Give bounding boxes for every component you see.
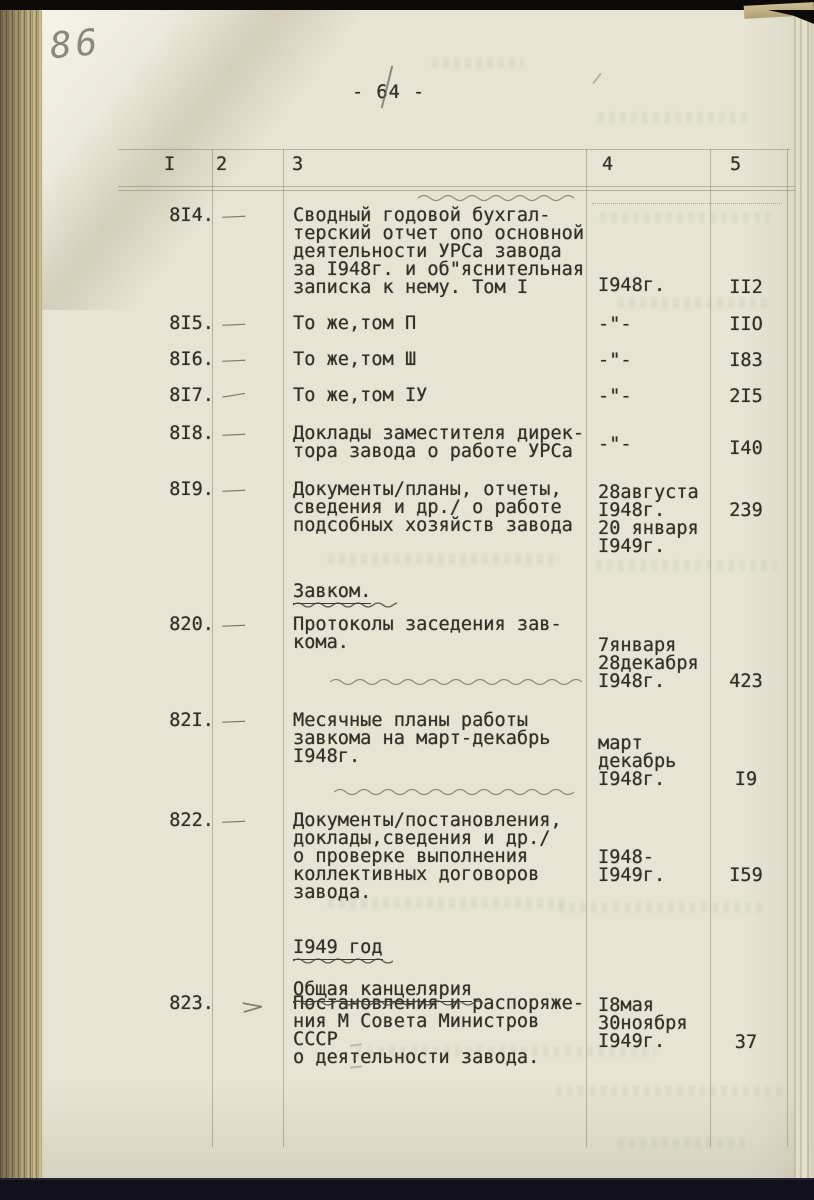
pencil-check-mark: — [217,376,291,407]
bleedthrough-smudge [556,1086,786,1097]
table-right-rule [787,149,788,1147]
row-page-count: 2I5 [710,388,782,406]
page-stack-edge [794,10,814,1180]
column-header-4: 4 [602,156,613,174]
bleedthrough-smudge [432,58,524,69]
row-number: 8I5. [146,315,214,333]
row-page-count: 423 [710,673,782,691]
bleedthrough-smudge [618,298,768,309]
section-label: Общая канцелярия [293,979,472,1002]
row-dates: I948- I949г. [598,849,710,885]
row-dates: 28августа I948г. 20 января I949г. [598,484,710,556]
pencil-check-mark: — [220,348,291,371]
header-bottom-rule [118,186,802,187]
row-description: Месячные планы работы завкома на март-де… [293,712,593,766]
row-page-count: II2 [710,279,782,297]
bleedthrough-smudge [598,112,748,123]
row-description: То же,том П [293,315,593,333]
row-number: 820. [146,616,214,634]
row-page-count: I9 [710,771,782,789]
row-description: То же,том Ш [293,351,593,369]
row-description: То же,том IУ [293,387,593,405]
row-dates: -"- [598,388,710,406]
row-description: Документы/планы, отчеты, сведения и др./… [293,481,593,535]
page-number: - 64 - [352,84,425,102]
pencil-check-mark: — [220,422,291,445]
bleedthrough-smudge [558,902,763,913]
pencil-tick-mark [592,73,602,84]
section-label: I949 год [293,937,383,960]
row-page-count: I40 [710,440,782,458]
column-header-2: 2 [216,156,227,174]
archival-scan: 86 - 64 - I 2 3 4 5 8I4. — Сводный годов… [0,0,814,1200]
row-number: 8I9. [146,481,214,499]
pencil-check-mark: — [220,312,291,335]
row-page-count: IIO [710,316,782,334]
column-header-5: 5 [730,156,741,174]
row-number: 822. [146,812,214,830]
row-number: 8I8. [146,425,214,443]
row-dates: -"- [598,436,710,454]
row-number: 823. [146,995,214,1013]
column-divider-4-5 [710,149,711,1147]
section-label: Завком. [293,581,371,604]
header-bottom-rule-2 [118,190,802,191]
row-dates: 7января 28декабря I948г. [598,637,710,691]
pencil-check-mark: — [220,478,291,501]
pencil-check-mark: — [220,613,291,636]
section-heading-obshchaya-kantselyariya: Общая канцелярия [293,963,485,1025]
section-heading-zavkom: Завком. [293,565,397,627]
bleedthrough-smudge [596,560,776,571]
scanner-dark-edge-top [0,0,814,10]
handwritten-folio-number: 86 [48,22,103,67]
pencil-check-mark: — [220,709,291,732]
row-number: 82I. [146,712,214,730]
bleedthrough-smudge [328,554,560,565]
row-page-count: 37 [710,1034,782,1052]
pencil-squiggle [330,678,584,686]
column-header-3: 3 [292,156,303,174]
bleedthrough-smudge [600,212,770,223]
row-description: Документы/постановления, доклады,сведени… [293,812,593,902]
pencil-check-mark: — [220,204,291,227]
pencil-squiggle [418,194,582,202]
row-number: 8I4. [146,207,214,225]
row-dates: март декабрь I948г. [598,735,710,789]
table-top-rule [118,149,790,150]
pencil-dotted-line [592,203,782,204]
row-dates: I948г. [598,277,710,295]
row-dates: I8мая 30ноября I949г. [598,997,710,1051]
row-dates: -"- [598,352,710,370]
pencil-squiggle [334,788,578,796]
row-description: Сводный годовой бухгал- терский отчет оп… [293,207,593,297]
row-number: 8I7. [146,387,214,405]
row-dates: -"- [598,316,710,334]
row-number: 8I6. [146,351,214,369]
row-page-count: 239 [710,502,782,520]
pencil-check-mark: — [220,809,291,832]
row-page-count: I59 [710,867,782,885]
row-page-count: I83 [710,352,782,370]
paper-sheet: 86 - 64 - I 2 3 4 5 8I4. — Сводный годов… [0,10,814,1180]
scanner-dark-edge-bottom [0,1178,814,1200]
column-header-1: I [164,156,175,174]
bleedthrough-smudge [618,1138,748,1149]
row-description: Доклады заместителя дирек- тора завода о… [293,425,593,461]
book-spine-edge [0,10,42,1180]
